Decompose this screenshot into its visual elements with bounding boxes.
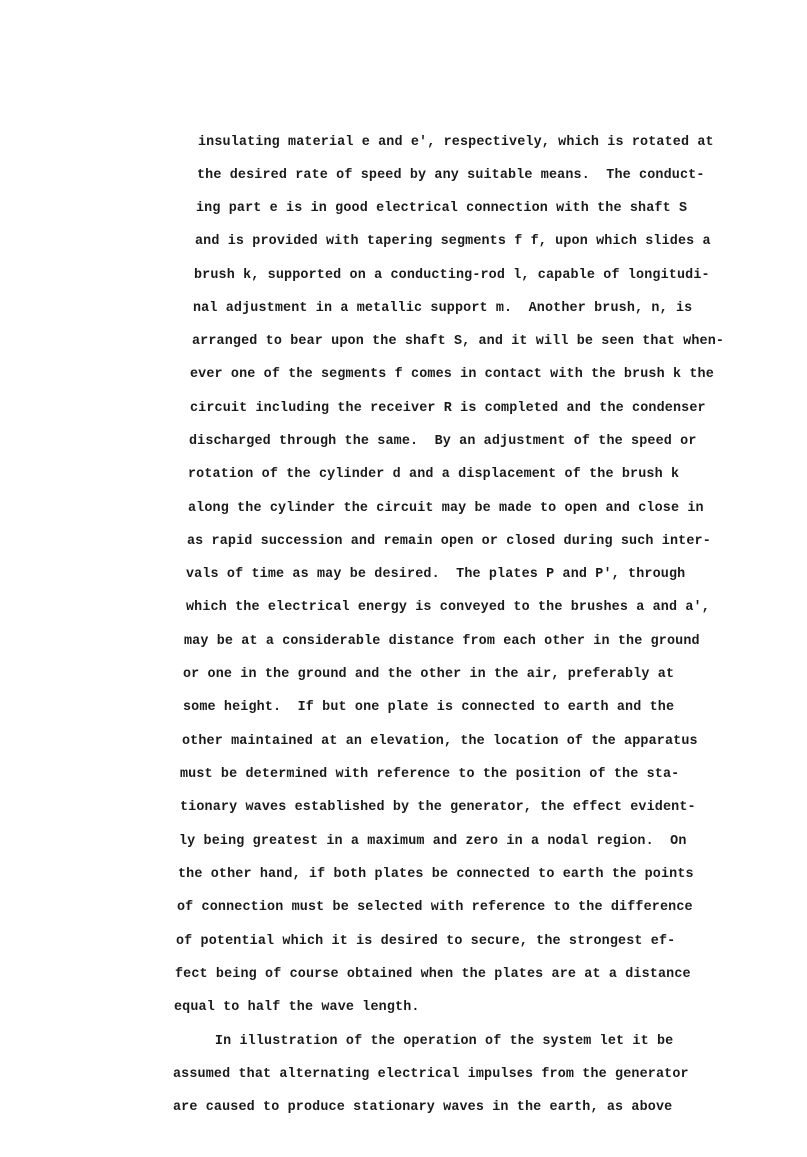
text-line-15: which the electrical energy is conveyed … [186, 600, 710, 616]
text-line-29: assumed that alternating electrical impu… [173, 1067, 689, 1083]
text-line-20: must be determined with reference to the… [180, 767, 679, 783]
text-line-5: brush k, supported on a conducting-rod l… [194, 268, 710, 284]
text-line-18: some height. If but one plate is connect… [183, 700, 674, 716]
text-line-4: and is provided with tapering segments f… [195, 234, 711, 250]
text-line-25: of potential which it is desired to secu… [176, 934, 675, 950]
text-line-6: nal adjustment in a metallic support m. … [193, 301, 692, 317]
text-line-9: circuit including the receiver R is comp… [190, 401, 706, 417]
text-line-14: vals of time as may be desired. The plat… [186, 567, 685, 583]
text-line-30: are caused to produce stationary waves i… [173, 1100, 672, 1116]
text-line-24: of connection must be selected with refe… [177, 900, 693, 916]
text-line-10: discharged through the same. By an adjus… [189, 434, 697, 450]
text-line-11: rotation of the cylinder d and a displac… [188, 467, 679, 483]
text-line-16: may be at a considerable distance from e… [184, 634, 700, 650]
text-line-28-paragraph-start: In illustration of the operation of the … [174, 1034, 673, 1050]
text-line-3: ing part e is in good electrical connect… [196, 201, 687, 217]
text-line-26: fect being of course obtained when the p… [175, 967, 691, 983]
text-line-12: along the cylinder the circuit may be ma… [188, 501, 704, 517]
text-line-27: equal to half the wave length. [174, 1000, 420, 1016]
text-line-1: insulating material e and e', respective… [198, 135, 714, 151]
text-line-21: tionary waves established by the generat… [180, 800, 696, 816]
text-line-19: other maintained at an elevation, the lo… [182, 734, 698, 750]
text-line-17: or one in the ground and the other in th… [183, 667, 674, 683]
text-line-22: ly being greatest in a maximum and zero … [179, 834, 687, 850]
text-line-8: ever one of the segments f comes in cont… [190, 367, 714, 383]
text-line-23: the other hand, if both plates be connec… [178, 867, 694, 883]
text-line-7: arranged to bear upon the shaft S, and i… [192, 334, 724, 350]
text-line-2: the desired rate of speed by any suitabl… [197, 168, 705, 184]
document-page: insulating material e and e', respective… [0, 0, 807, 1157]
text-line-13: as rapid succession and remain open or c… [187, 534, 711, 550]
